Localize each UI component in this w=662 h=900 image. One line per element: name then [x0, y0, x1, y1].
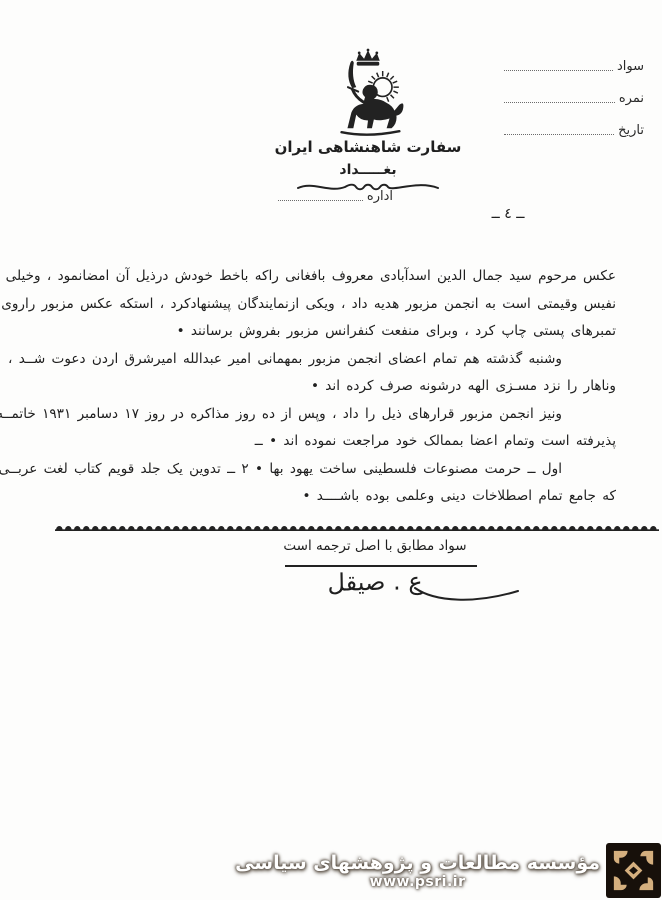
- body-line-9: که جامع تمام اصطلاخات دینی وعلمی بوده با…: [50, 483, 616, 511]
- number-field: نمره: [504, 90, 644, 106]
- department-field-blank-line: [278, 188, 363, 201]
- date-field-label: تاریخ: [618, 123, 644, 138]
- date-field-blank-line: [504, 122, 614, 135]
- watermark-text: مؤسسه مطالعات و پژوهشهای سیاسی www.psri.…: [235, 852, 600, 890]
- scanned-letter-page: سواد نمره تاریخ: [0, 0, 662, 900]
- number-field-label: نمره: [619, 91, 644, 106]
- psri-logo: [606, 843, 661, 898]
- number-field-blank-line: [504, 90, 615, 103]
- watermark-website: www.psri.ir: [235, 874, 600, 890]
- certification-block: سواد مطابق با اصل ترجمه است: [255, 538, 495, 554]
- city-name: بغـــــداد: [270, 162, 466, 178]
- body-line-3: تمبرهای پستی چاپ کرد ، وبرای منفعت کنفرا…: [50, 318, 616, 346]
- copy-field-label: سواد: [617, 59, 644, 74]
- psri-logo-icon: [606, 843, 661, 898]
- scallop-line-icon: [55, 521, 659, 533]
- body-line-1: عکس مرحوم سید جمال الدین اسدآبادی معروف …: [50, 263, 616, 291]
- page-number: ــ ٤ ــ: [478, 206, 538, 222]
- watermark-banner: مؤسسه مطالعات و پژوهشهای سیاسی www.psri.…: [235, 843, 661, 898]
- signature-flourish: [413, 582, 521, 610]
- registry-fields: سواد نمره تاریخ: [504, 58, 644, 154]
- body-line-5: وناهار را نزد مسـزی الهه درشونه صرف کرده…: [50, 373, 616, 401]
- letter-body: عکس مرحوم سید جمال الدین اسدآبادی معروف …: [50, 263, 616, 511]
- department-field: اداره: [278, 188, 393, 204]
- body-line-7: پذیرفته است وتمام اعضا بممالک خود مراجعت…: [50, 428, 616, 456]
- signature-swoosh-icon: [413, 582, 521, 606]
- body-line-2: نفیس وقیمتی است به انجمن مزبور هدیه داد …: [50, 291, 616, 319]
- date-field: تاریخ: [504, 122, 644, 138]
- body-line-6: ونیز انجمن مزبور قرارهای ذیل را داد ، وپ…: [50, 401, 616, 429]
- department-field-label: اداره: [367, 189, 393, 204]
- body-line-4: وشنبه گذشته هم تمام اعضای انجمن مزبور بم…: [50, 346, 616, 374]
- lion-and-sun-crown-icon: [322, 48, 414, 142]
- certification-statement: سواد مطابق با اصل ترجمه است: [255, 538, 495, 554]
- copy-field-blank-line: [504, 58, 613, 71]
- embassy-title: سفارت شاهنشاهی ایران: [270, 138, 466, 156]
- scalloped-divider: [55, 518, 659, 530]
- watermark-organization: مؤسسه مطالعات و پژوهشهای سیاسی: [235, 852, 600, 874]
- lion-and-sun-emblem: [322, 48, 414, 142]
- copy-field: سواد: [504, 58, 644, 74]
- body-line-8: اول ــ حرمت مصنوعات فلسطینی ساخت یهود به…: [50, 456, 616, 484]
